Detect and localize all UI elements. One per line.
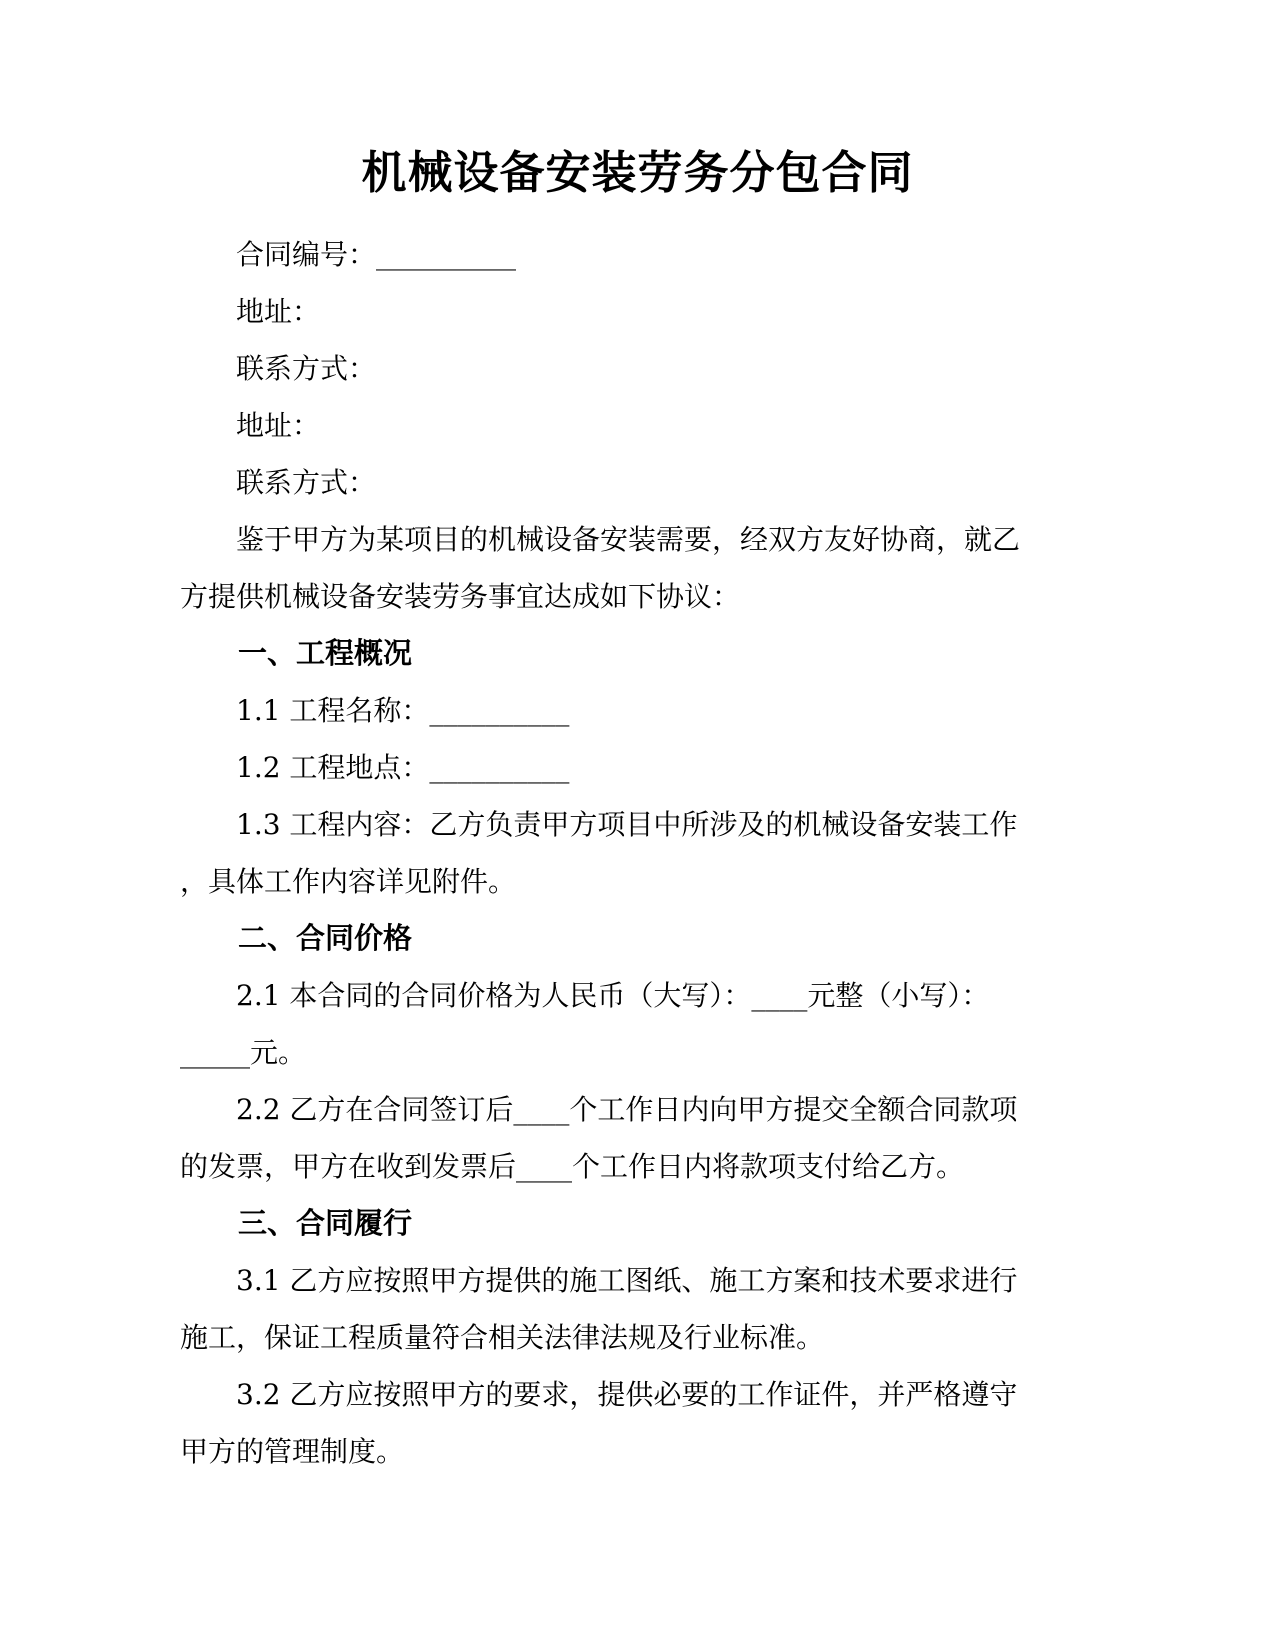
section-1-heading: 一、工程概况: [180, 625, 1110, 682]
contact-line-1: 联系方式：: [180, 340, 1110, 397]
contact-line-2: 联系方式：: [180, 454, 1110, 511]
address-line-2: 地址：: [180, 397, 1110, 454]
contract-document-page: 机械设备安装劳务分包合同 合同编号：__________ 地址： 联系方式： 地…: [0, 0, 1275, 1650]
contract-number-line: 合同编号：__________: [180, 226, 1110, 283]
clause-2-1: 2.1 本合同的合同价格为人民币（大写）：____元整（小写）： _____元。: [180, 967, 1110, 1081]
clause-2-2: 2.2 乙方在合同签订后____个工作日内向甲方提交全额合同款项 的发票，甲方在…: [180, 1081, 1110, 1195]
section-2-heading: 二、合同价格: [180, 910, 1110, 967]
section-3-heading: 三、合同履行: [180, 1195, 1110, 1252]
clause-3-2: 3.2 乙方应按照甲方的要求，提供必要的工作证件，并严格遵守 甲方的管理制度。: [180, 1366, 1110, 1480]
document-content: 机械设备安装劳务分包合同 合同编号：__________ 地址： 联系方式： 地…: [0, 0, 1275, 1480]
clause-1-2: 1.2 工程地点：__________: [180, 739, 1110, 796]
document-body: 合同编号：__________ 地址： 联系方式： 地址： 联系方式： 鉴于甲方…: [180, 226, 1110, 1480]
document-title: 机械设备安装劳务分包合同: [180, 148, 1110, 198]
clause-1-1: 1.1 工程名称：__________: [180, 682, 1110, 739]
clause-3-1: 3.1 乙方应按照甲方提供的施工图纸、施工方案和技术要求进行 施工，保证工程质量…: [180, 1252, 1110, 1366]
preamble-paragraph: 鉴于甲方为某项目的机械设备安装需要，经双方友好协商，就乙 方提供机械设备安装劳务…: [180, 511, 1110, 625]
clause-1-3: 1.3 工程内容：乙方负责甲方项目中所涉及的机械设备安装工作 ，具体工作内容详见…: [180, 796, 1110, 910]
address-line-1: 地址：: [180, 283, 1110, 340]
